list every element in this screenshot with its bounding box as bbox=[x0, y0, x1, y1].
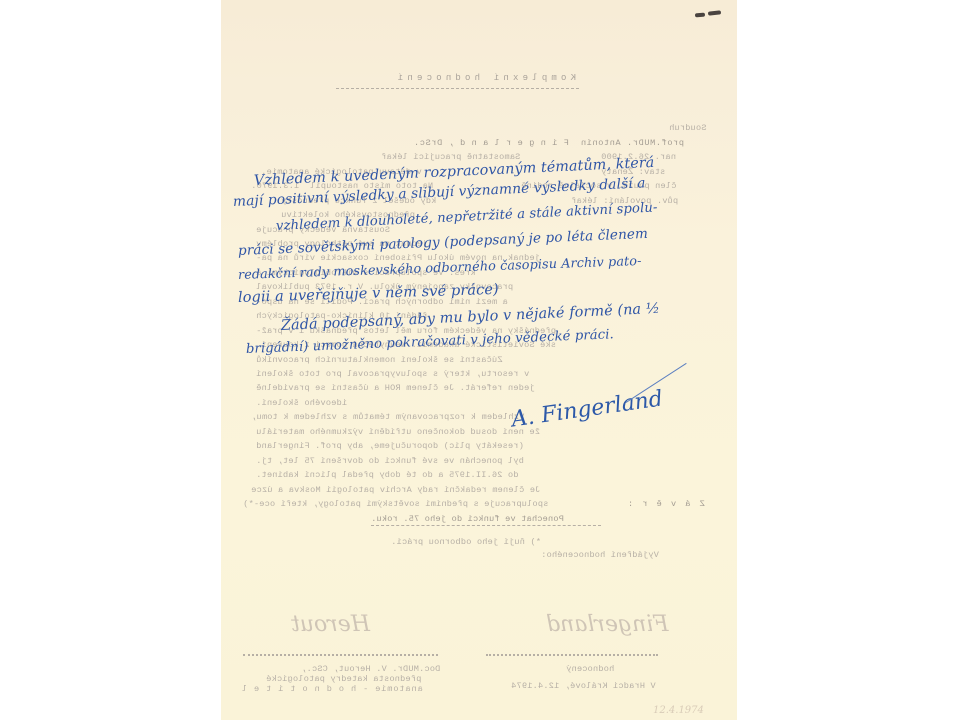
typed-body-line: do 26.II.1975 a do té doby předal plicní… bbox=[256, 470, 519, 480]
scan-mark bbox=[708, 10, 721, 15]
typed-header-line: Samostatně pracující lékař bbox=[381, 152, 520, 162]
typed-body-line: v resortu, který s spoluvypracoval pro t… bbox=[256, 369, 529, 379]
typed-body-line: jeden referát. Je členem ROH a účastní s… bbox=[256, 383, 535, 393]
signature-dotted-line-right bbox=[486, 654, 658, 656]
conclusion-underline bbox=[371, 525, 601, 526]
typed-body-line: Vzhledem k rozpracovaným tématům s vzhle… bbox=[251, 412, 524, 422]
typed-conclusion-label: Z á v ě r : bbox=[626, 499, 705, 509]
typed-left-signatory: přednosta katedry patologické bbox=[266, 674, 421, 684]
typed-right-signatory: V Hradci Králové, 12.4.1974 bbox=[511, 681, 656, 691]
typed-body-line: byl ponechán ve své funkci do dovršení 7… bbox=[256, 456, 524, 466]
faint-pencil-note: 12.4.1974 bbox=[653, 705, 704, 716]
document-title-reverse: Komplexní hodnocení bbox=[336, 73, 576, 83]
typed-header-line: prof.MUDr. Antonín F i n g e r l a n d ,… bbox=[381, 138, 684, 148]
handwritten-signature: A. Fingerland bbox=[510, 387, 664, 433]
scanned-document-page: Komplexní hodnocení Soudruh prof.MUDr. A… bbox=[221, 0, 737, 720]
typed-conclusion: Ponechat ve funkci do jeho 75. roku. bbox=[371, 514, 564, 524]
typed-statement-label: Vyjádření hodnoceného: bbox=[541, 550, 659, 560]
reverse-signature-left: Herout bbox=[291, 612, 370, 637]
typed-body-line: Je členem redakční rady Archiv patologii… bbox=[251, 485, 540, 495]
typed-body-line: ideového školení. bbox=[256, 398, 347, 408]
typed-left-signatory: Doc.MUDr. V. Herout, CSc., bbox=[301, 664, 440, 674]
typed-footnote: *) ňují jeho odbornou práci. bbox=[391, 537, 541, 547]
scan-mark bbox=[695, 13, 705, 18]
typed-right-signatory: hodnocený bbox=[566, 664, 614, 674]
typed-body-line: Zúčastní se školení nomenklaturních prac… bbox=[256, 355, 502, 365]
typed-header-line: Soudruh bbox=[669, 123, 707, 133]
reverse-signature-right: Fingerland bbox=[546, 612, 669, 637]
typed-body-line: spolupracuje s předními sovětskými patol… bbox=[243, 499, 548, 509]
typed-body-line: že není dosud dokončeno utřídění výzkumn… bbox=[256, 427, 540, 437]
typed-body-line: (resekáty plic) doporučujeme, aby prof. … bbox=[256, 441, 524, 451]
typed-left-signatory: anatomie - h o d n o t i t e l bbox=[241, 684, 423, 694]
signature-dotted-line-left bbox=[243, 654, 438, 656]
title-underline bbox=[336, 88, 579, 89]
